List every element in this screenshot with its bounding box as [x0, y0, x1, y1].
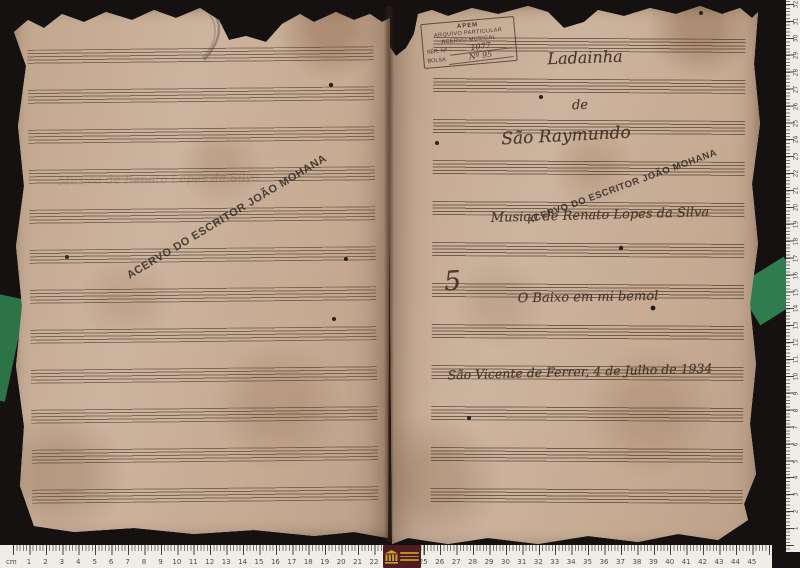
- ruler-number: 36: [600, 558, 609, 566]
- ruler-number: 10: [793, 371, 800, 383]
- ruler-number: 37: [616, 558, 625, 566]
- ruler-number: 42: [698, 558, 707, 566]
- building-icon: [385, 550, 398, 564]
- ruler-number: 9: [158, 558, 162, 566]
- ruler-number: 26: [793, 100, 800, 112]
- music-staves-left: [27, 46, 378, 530]
- music-staff: [432, 242, 744, 258]
- handwritten-part-number: 5: [443, 265, 462, 297]
- ruler-number: 13: [793, 320, 800, 332]
- ruler-number: 27: [452, 558, 461, 566]
- ruler-number: 21: [793, 185, 800, 197]
- music-staff: [31, 406, 377, 424]
- ruler-number: 7: [125, 558, 129, 566]
- music-staff: [431, 406, 743, 422]
- ruler-number: 14: [238, 558, 247, 566]
- ruler-number: 35: [583, 558, 592, 566]
- music-staff: [431, 488, 743, 504]
- ruler-number: 45: [747, 558, 756, 566]
- ruler-number: 31: [517, 558, 526, 566]
- manuscript-page-left: ACERVO DO ESCRITOR JOÃO MOHANA Musica de…: [14, 6, 390, 538]
- manuscript-page-right: APEM ARQUIVO PARTICULAR ACERVO MUSICAL S…: [388, 4, 760, 547]
- ruler-number: 22: [370, 558, 379, 566]
- ruler-number: 10: [172, 558, 181, 566]
- ruler-number: 2: [43, 558, 47, 566]
- ruler-number: 5: [92, 558, 96, 566]
- ruler-number: 40: [665, 558, 674, 566]
- music-staff: [432, 324, 744, 340]
- ruler-number: 8: [142, 558, 146, 566]
- ruler-number: 24: [793, 134, 800, 146]
- ruler-number: 44: [731, 558, 740, 566]
- music-staff: [31, 366, 377, 384]
- ruler-number: 33: [550, 558, 559, 566]
- ruler-number: 43: [715, 558, 724, 566]
- ruler-number: 26: [435, 558, 444, 566]
- music-staff: [431, 447, 743, 463]
- logo-text-bars: [400, 552, 419, 561]
- ruler-number: 6: [109, 558, 113, 566]
- music-staff: [28, 126, 374, 144]
- ruler-number: 31: [793, 16, 800, 28]
- ruler-number: 27: [793, 83, 800, 95]
- ruler-number: 28: [793, 66, 800, 78]
- music-staff: [32, 486, 378, 504]
- ruler-number: 30: [501, 558, 510, 566]
- ruler-number: 28: [468, 558, 477, 566]
- ruler-number: 6: [793, 438, 800, 450]
- ruler-number: 11: [189, 558, 198, 566]
- apem-logo: [383, 545, 421, 568]
- ruler-number: 15: [793, 286, 800, 298]
- ruler-number: 32: [534, 558, 543, 566]
- ruler-number: 8: [793, 404, 800, 416]
- handwritten-preposition: de: [572, 98, 589, 114]
- ruler-number: 18: [304, 558, 313, 566]
- ruler-number: 4: [76, 558, 80, 566]
- ruler-number: 12: [205, 558, 214, 566]
- ruler-number: 29: [793, 49, 800, 61]
- vertical-cm-ruler: 1234567891011121314151617181920212223242…: [786, 0, 800, 552]
- ruler-number: 21: [353, 558, 362, 566]
- ruler-number: 12: [793, 337, 800, 349]
- ruler-number: 25: [793, 117, 800, 129]
- ruler-unit-label: cm: [6, 558, 17, 566]
- ruler-number: 13: [222, 558, 231, 566]
- ruler-number: 17: [287, 558, 296, 566]
- ruler-number: 18: [793, 235, 800, 247]
- ruler-number: 23: [793, 151, 800, 163]
- ruler-number: 39: [649, 558, 658, 566]
- archive-box-stamp: APEM ARQUIVO PARTICULAR ACERVO MUSICAL S…: [420, 16, 518, 69]
- ruler-number: 9: [793, 387, 800, 399]
- ruler-number: 4: [793, 472, 800, 484]
- music-staff: [32, 446, 378, 464]
- ruler-number: 19: [320, 558, 329, 566]
- ruler-number: 30: [793, 33, 800, 45]
- music-staff: [30, 286, 376, 304]
- ruler-number: 2: [793, 506, 800, 518]
- ruler-number: 29: [485, 558, 494, 566]
- ruler-number: 11: [793, 354, 800, 366]
- ruler-number: 17: [793, 252, 800, 264]
- ruler-number: 5: [793, 455, 800, 467]
- ruler-number: 19: [793, 218, 800, 230]
- music-staff: [29, 206, 375, 224]
- ruler-number: 20: [793, 202, 800, 214]
- ruler-number: 32: [793, 0, 800, 11]
- ruler-number: 1: [793, 523, 800, 535]
- pencil-scribble: [184, 6, 244, 66]
- ruler-number: 41: [682, 558, 691, 566]
- handwritten-part-line: O Baixo em mi bemol: [518, 289, 659, 306]
- music-staff: [433, 78, 745, 94]
- photo-of-manuscript: { "stamps": { "archive_diagonal": "ACERV…: [0, 0, 800, 568]
- music-staff: [30, 246, 376, 264]
- ink-specks: [0, 0, 2, 2]
- handwritten-title: Ladainha: [547, 47, 623, 69]
- ruler-number: 34: [567, 558, 576, 566]
- stamp-bolsa-label: BOLSA: [427, 56, 446, 66]
- ruler-number: 3: [793, 489, 800, 501]
- ruler-number: 3: [60, 558, 64, 566]
- ruler-number: 16: [793, 269, 800, 281]
- ruler-number: 14: [793, 303, 800, 315]
- ruler-number: 22: [793, 168, 800, 180]
- ruler-number: 38: [632, 558, 641, 566]
- ruler-number: 1: [27, 558, 31, 566]
- ruler-number: 20: [337, 558, 346, 566]
- notebook-spine-fold: [384, 6, 394, 542]
- music-staff: [28, 86, 374, 104]
- ruler-number: 7: [793, 421, 800, 433]
- ruler-number: 16: [271, 558, 280, 566]
- music-staff: [30, 326, 376, 344]
- ruler-number: 15: [255, 558, 264, 566]
